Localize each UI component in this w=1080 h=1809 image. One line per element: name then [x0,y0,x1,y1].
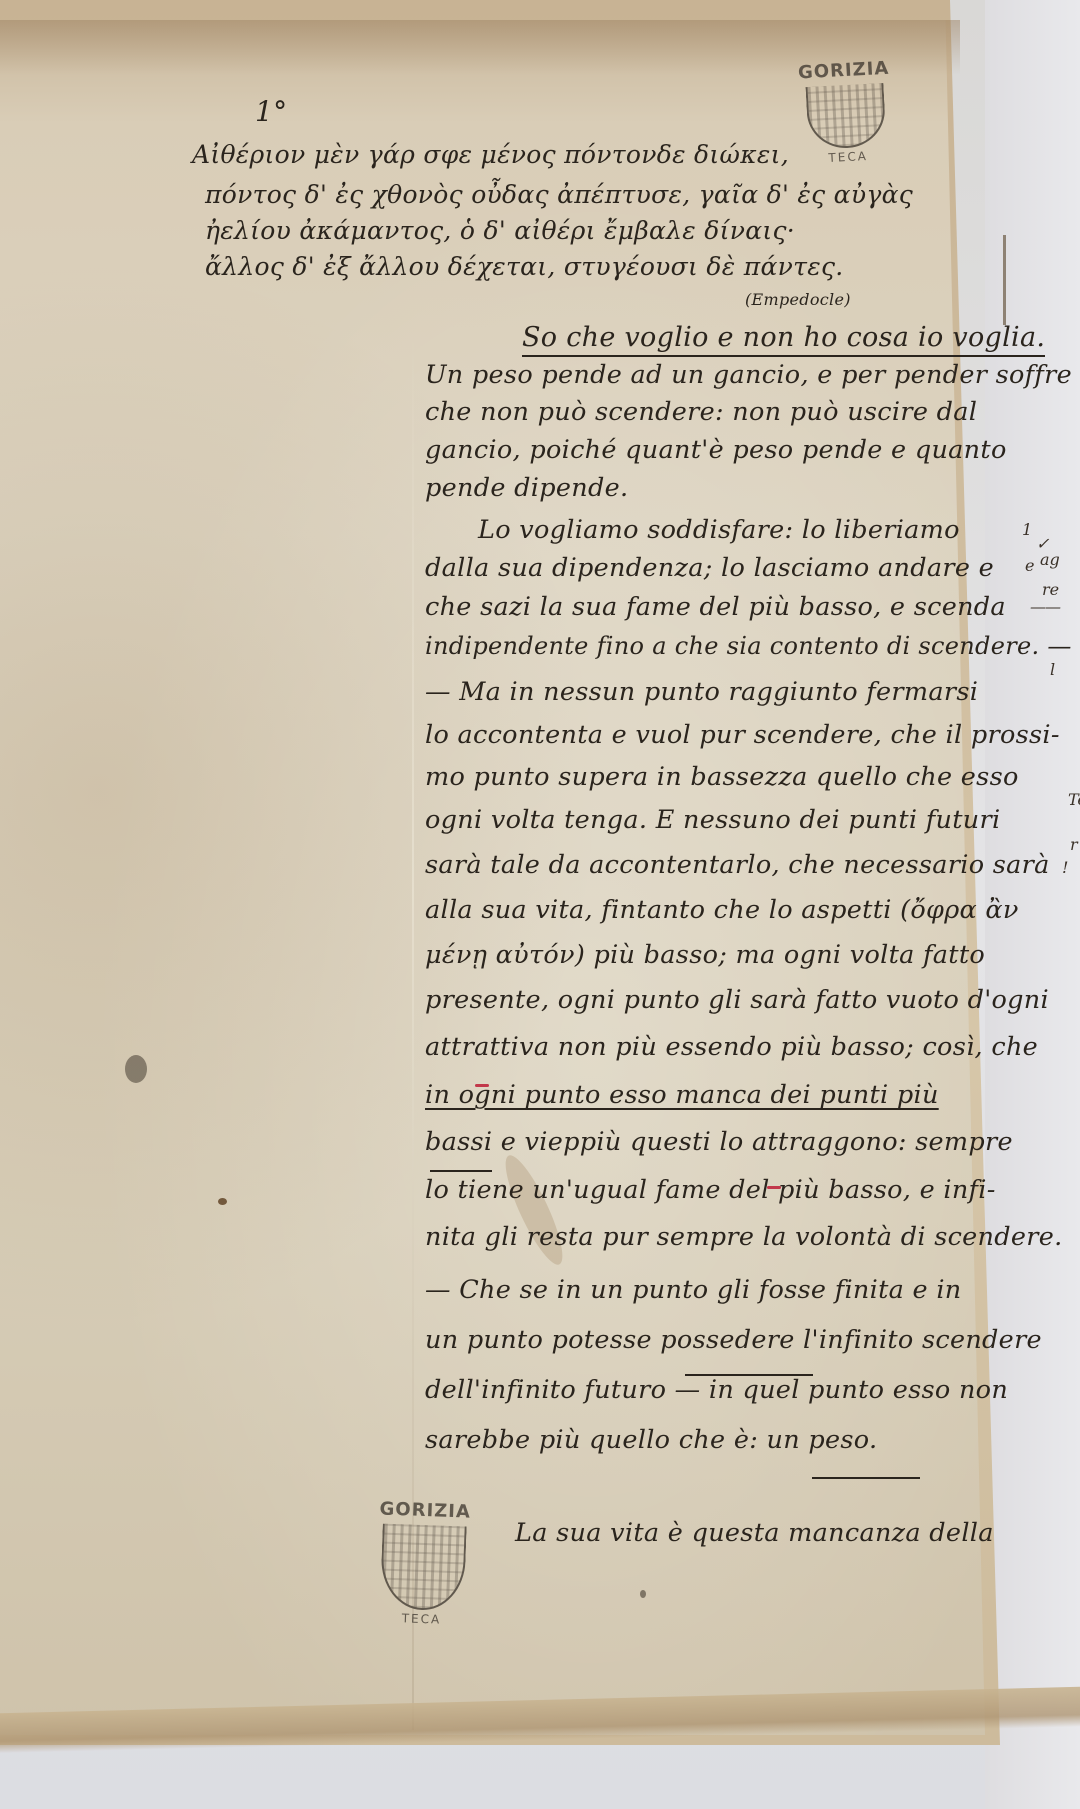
margin-note: r [1070,835,1078,854]
body-line: — Che se in un punto gli fosse finita e … [425,1275,962,1305]
body-line-underlined: in ogni punto esso manca dei punti più [425,1080,939,1110]
section-title: So che voglio e non ho cosa io voglia. [522,322,1045,357]
body-line: dalla sua dipendenza; lo lasciamo andare… [425,553,994,583]
margin-note: — [1045,597,1061,616]
body-line: gancio, poiché quant'è peso pende e quan… [425,435,1007,465]
red-correction-mark [767,1186,781,1189]
body-line: sarà tale da accontentarlo, che necessar… [425,850,1050,880]
library-stamp-bottom: GORIZIA TECA [355,1498,490,1652]
body-line: lo tiene un'ugual fame del più basso, e … [425,1175,996,1205]
stamp-city: GORIZIA [360,1498,491,1524]
underline-bassi [430,1170,492,1172]
body-line: ogni volta tenga. E nessuno dei punti fu… [425,805,1000,835]
margin-note: ag [1040,550,1060,569]
stamp-arc-text: TECA [356,1609,486,1628]
underline-un-peso [812,1477,920,1479]
body-line: indipendente fino a che sia contento di … [425,632,1072,660]
body-line: — Ma in nessun punto raggiunto fermarsi [425,677,978,707]
body-line: pende dipende. [425,473,628,503]
margin-note: Te [1068,790,1080,809]
ink-stain [640,1590,646,1598]
body-line: mo punto supera in bassezza quello che e… [425,762,1019,792]
body-line: Un peso pende ad un gancio, e per pender… [425,360,1072,390]
body-line: che non può scendere: non può uscire dal [425,397,977,427]
body-line: che sazi la sua fame del più basso, e sc… [425,592,1006,622]
castle-crest-icon [805,83,887,150]
body-line: La sua vita è questa mancanza della [515,1518,994,1548]
body-line: alla sua vita, fintanto che lo aspetti (… [425,895,1019,925]
margin-note: ! [1062,858,1068,877]
folder-edge-mark [1003,235,1006,325]
greek-line-1: Αἰθέριον μὲν γάρ σφε μένος πόντονδε διώκ… [192,140,789,169]
margin-note: l [1050,660,1055,679]
stamp-arc-text: TECA [788,146,909,166]
page-number: 1° [255,95,287,128]
body-line: lo accontenta e vuol pur scendere, che i… [425,720,1060,750]
epigraph-attribution: (Empedocle) [745,290,851,309]
greek-line-4: ἄλλος δ' ἐξ ἄλλου δέχεται, στυγέουσι δὲ … [205,252,844,281]
castle-crest-icon [380,1524,467,1611]
red-correction-mark [475,1084,489,1087]
greek-line-2: πόντος δ' ἐς χθονὸς οὖδας ἀπέπτυσε, γαῖα… [205,180,913,209]
body-line: presente, ogni punto gli sarà fatto vuot… [425,985,1049,1015]
body-line: dell'infinito futuro — in quel punto ess… [425,1375,1008,1405]
body-line: bassi e vieppiù questi lo attraggono: se… [425,1127,1013,1157]
margin-note: — [1030,597,1046,616]
body-line: nita gli resta pur sempre la volontà di … [425,1222,1063,1252]
body-line: attrattiva non più essendo più basso; co… [425,1032,1038,1062]
margin-note: 1 [1022,520,1032,539]
body-line: Lo vogliamo soddisfare: lo liberiamo [478,515,960,545]
body-line: sarebbe più quello che è: un peso. [425,1425,877,1455]
library-stamp-top: GORIZIA TECA [783,57,909,173]
margin-note: e [1025,556,1034,575]
body-line: μένῃ αὐτόν) più basso; ma ogni volta fat… [425,940,985,970]
underline-possedere [685,1374,813,1376]
ink-stain [218,1198,227,1205]
ink-stain [125,1055,147,1083]
body-line: un punto potesse possedere l'infinito sc… [425,1325,1042,1355]
greek-line-3: ἠελίου ἀκάμαντος, ὁ δ' αἰθέρι ἔμβαλε δίν… [205,216,795,245]
